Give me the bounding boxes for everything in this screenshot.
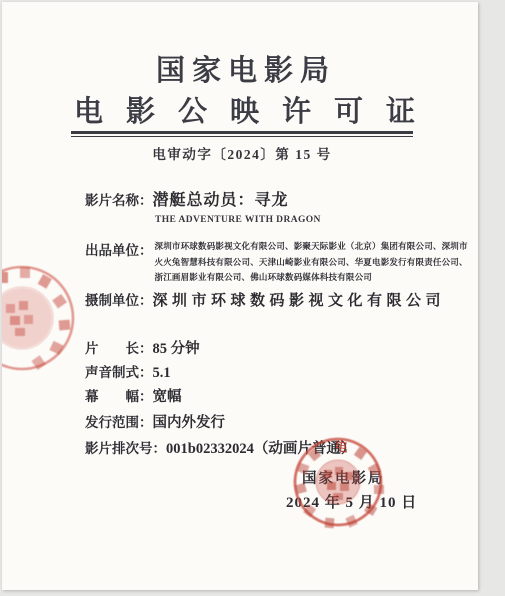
producer-line: 火火兔智慧科技有限公司、天津山崎影业有限公司、华夏电影发行有限责任公司、 (155, 255, 463, 271)
serial-no-value: 001b02332024（动画片普通） (166, 441, 355, 457)
field-row-serial-no: 影片排次号：001b02332024（动画片普通） (85, 439, 355, 459)
film-title-label: 影片名称： (85, 193, 153, 208)
permit-number: 电审动字〔2024〕第 15 号 (92, 143, 392, 163)
film-permit-scan: 国家电影局 电影公映许可证 电审动字〔2024〕第 15 号 影片名称：潜艇总动… (0, 0, 505, 596)
field-row-film-title: 影片名称：潜艇总动员：寻龙 (85, 191, 289, 211)
serial-no-label: 影片排次号： (85, 441, 166, 456)
title-rule (71, 131, 413, 137)
sound-format-label: 声音制式： (85, 365, 153, 380)
producers-label: 出品单位： (85, 239, 153, 259)
distribution-value: 国内外发行 (153, 415, 226, 431)
title-rule-thick (71, 131, 413, 134)
sound-format-value: 5.1 (153, 365, 171, 381)
title-rule-thin (71, 136, 413, 137)
screen-format-value: 宽幅 (153, 389, 182, 405)
runtime-label: 片 长： (85, 341, 153, 356)
distribution-label: 发行范围： (85, 415, 153, 430)
permit-page: 国家电影局 电影公映许可证 电审动字〔2024〕第 15 号 影片名称：潜艇总动… (2, 2, 478, 590)
field-row-production-unit: 摄制单位：深圳市环球数码影视文化有限公司 (85, 291, 445, 311)
screen-format-label: 幕 幅： (85, 389, 153, 404)
permit-title: 电影公映许可证 (74, 95, 438, 130)
issuer-signature: 国家电影局 (302, 467, 385, 488)
producers-value: 深圳市环球数码影视文化有限公司、影聚天际影业（北京）集团有限公司、深圳市 火火兔… (155, 239, 463, 286)
field-row-screen-format: 幕 幅：宽幅 (85, 387, 182, 407)
production-unit-value: 深圳市环球数码影视文化有限公司 (153, 293, 446, 309)
field-row-distribution: 发行范围：国内外发行 (85, 413, 225, 433)
field-row-sound-format: 声音制式：5.1 (85, 363, 171, 383)
producer-line: 浙江画眉影业有限公司、佛山环球数码媒体科技有限公司 (155, 270, 463, 286)
runtime-value: 85 分钟 (153, 341, 200, 357)
field-row-producers: 出品单位： 深圳市环球数码影视文化有限公司、影聚天际影业（北京）集团有限公司、深… (85, 239, 463, 286)
field-row-runtime: 片 长：85 分钟 (85, 339, 200, 359)
production-unit-label: 摄制单位： (85, 293, 153, 308)
issue-date: 2024 年 5 月 10 日 (286, 491, 417, 512)
producer-line: 深圳市环球数码影视文化有限公司、影聚天际影业（北京）集团有限公司、深圳市 (155, 239, 463, 255)
film-title-value: 潜艇总动员：寻龙 (153, 192, 289, 209)
english-title: THE ADVENTURE WITH DRAGON (155, 215, 321, 225)
left-seal (2, 258, 82, 378)
authority-title: 国家电影局 (156, 54, 336, 89)
